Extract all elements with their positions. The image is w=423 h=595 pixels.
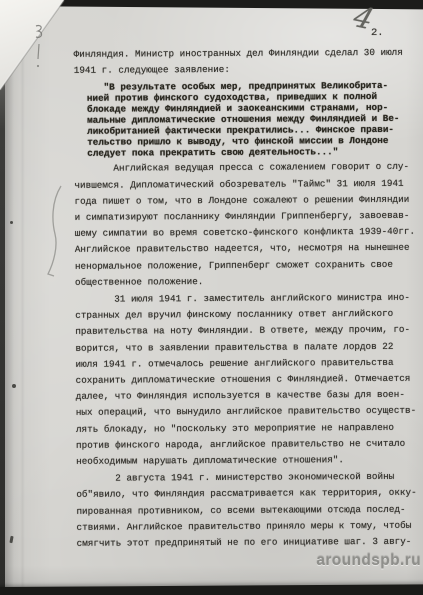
scanned-document-page: 4 2. Финляндия. Министр иностранных дел …: [0, 0, 423, 595]
paragraph-quoted-statement: "В результате особых мер, предпринятых В…: [87, 80, 422, 159]
typewritten-text-block: Финляндия. Министр иностранных дел Финля…: [0, 0, 423, 553]
paragraph-economic-warfare: 2 августа 1941 г. министерство экономиче…: [76, 469, 423, 552]
scan-edge-bottom: [0, 584, 423, 595]
paragraph-press-reaction: Английская ведущая пресса с сожалением г…: [74, 159, 423, 291]
paragraph-british-reply: 31 июля 1941 г. заместитель английского …: [75, 290, 423, 470]
paragraph-continuation: Финляндия. Министр иностранных дел Финля…: [74, 45, 422, 80]
archive-watermark: aroundspb.ru: [316, 552, 421, 570]
